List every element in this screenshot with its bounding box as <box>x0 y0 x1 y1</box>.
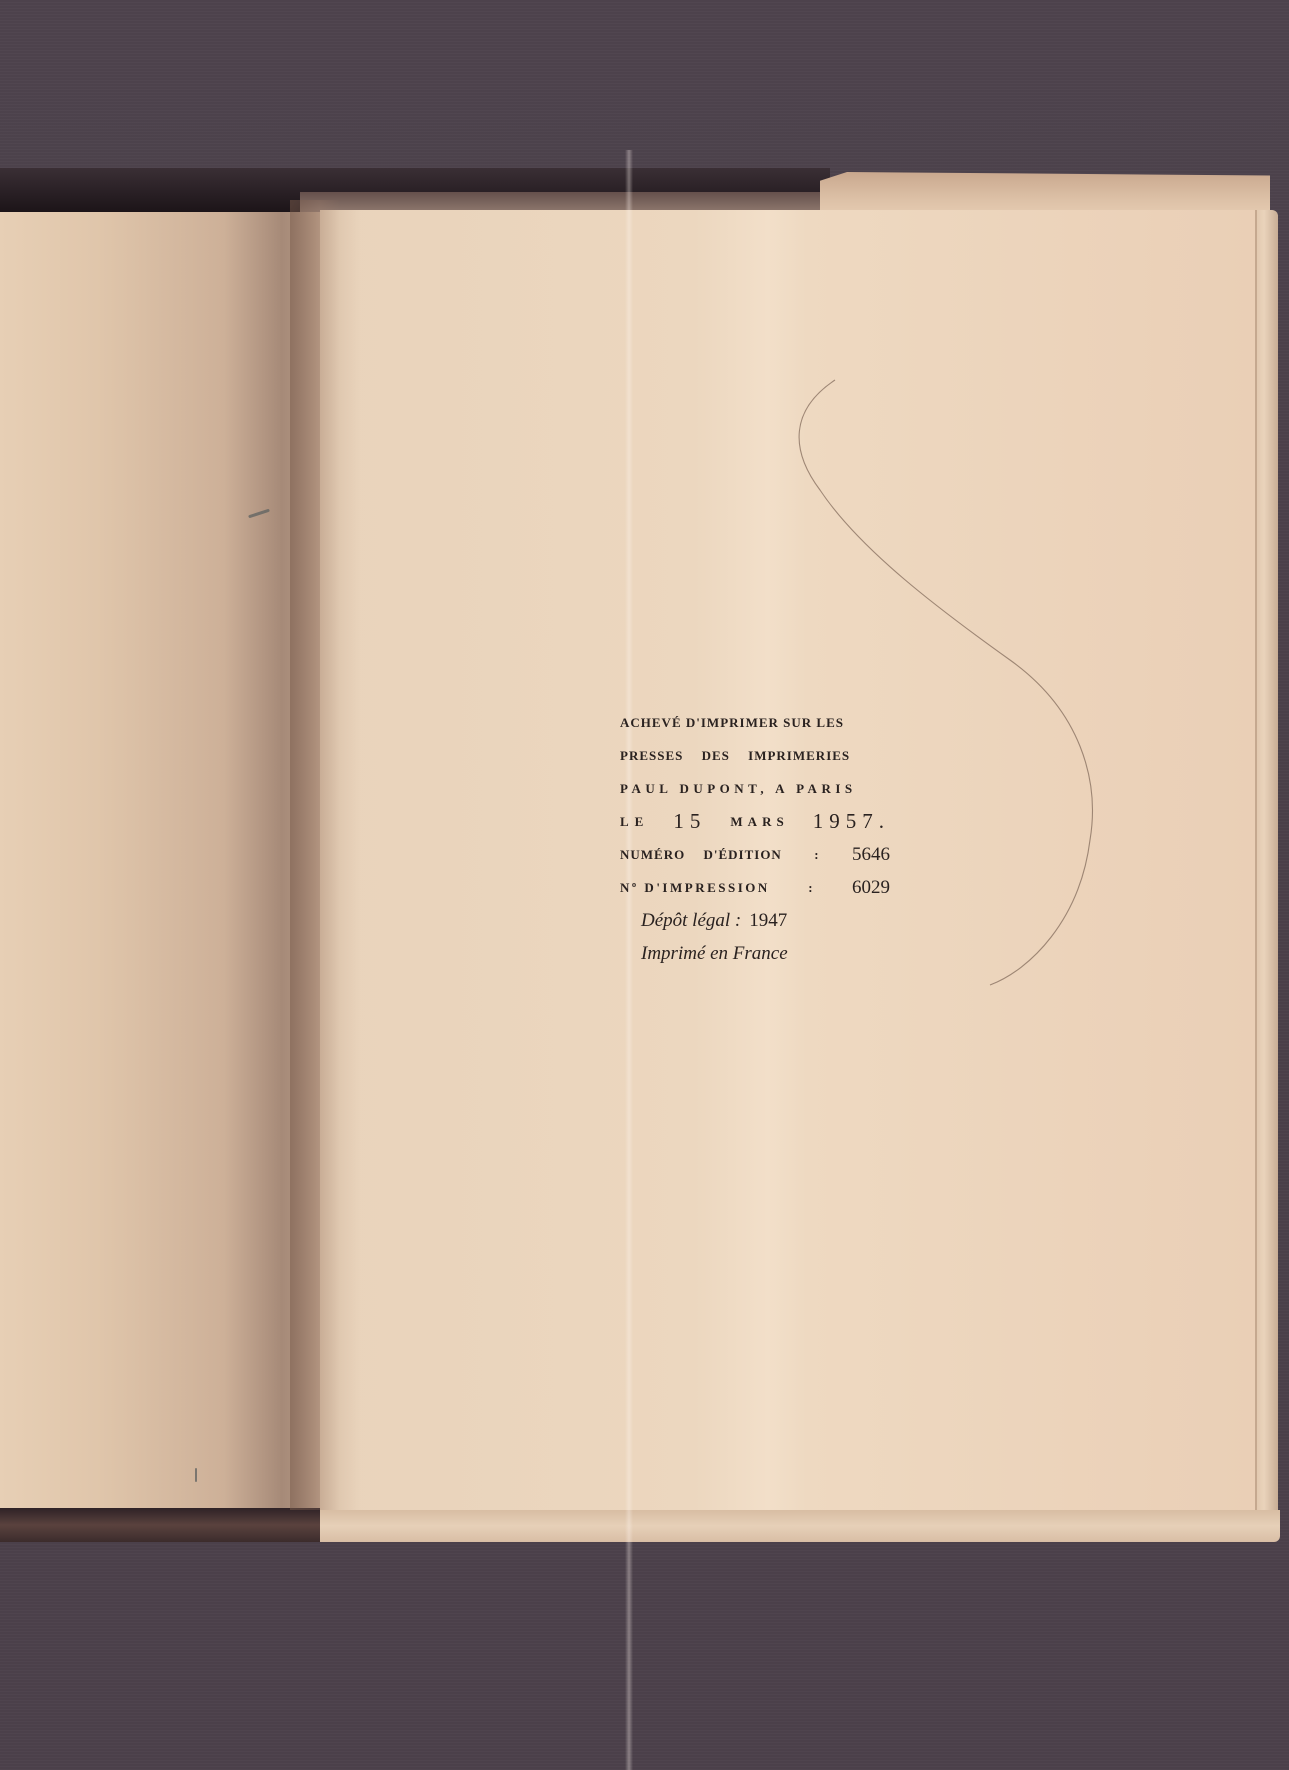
cover-edge-strip <box>300 192 830 212</box>
date-day: 15 <box>673 809 706 834</box>
date-prefix: LE <box>620 814 649 830</box>
colophon-text-printer: PAUL DUPONT, A PARIS <box>620 781 857 797</box>
edition-number-line: NUMÉRO D'ÉDITION : 5646 <box>620 838 890 871</box>
colophon-block: ACHEVÉ D'IMPRIMER SUR LES PRESSES DES IM… <box>620 706 890 970</box>
edition-value: 5646 <box>852 844 890 866</box>
printed-in-france-text: Imprimé en France <box>641 943 788 965</box>
impression-number-line: Nº D'IMPRESSION : 6029 <box>620 871 890 904</box>
printed-in-line: Imprimé en France <box>620 937 890 970</box>
colophon-text-presses: PRESSES DES IMPRIMERIES <box>620 748 850 764</box>
edition-label: NUMÉRO D'ÉDITION <box>620 847 782 863</box>
book-gutter-shadow <box>290 200 340 1510</box>
legal-deposit-line: Dépôt légal : 1947 <box>620 904 890 937</box>
colophon-text-achieve: ACHEVÉ D'IMPRIMER SUR LES <box>620 715 844 731</box>
edition-separator: : <box>814 847 819 863</box>
date-year: 1957. <box>813 809 890 834</box>
legal-deposit-label: Dépôt légal : <box>641 910 741 932</box>
impression-label: Nº D'IMPRESSION <box>620 880 770 896</box>
left-page <box>0 212 320 1508</box>
cover-board-bottom-left-shadow <box>0 1508 320 1542</box>
colophon-line-1: ACHEVÉ D'IMPRIMER SUR LES <box>620 706 890 739</box>
date-month: MARS <box>730 814 788 830</box>
colophon-line-3: PAUL DUPONT, A PARIS <box>620 772 890 805</box>
impression-separator: : <box>808 880 813 896</box>
colophon-date-line: LE 15 MARS 1957. <box>620 805 890 838</box>
colophon-line-2: PRESSES DES IMPRIMERIES <box>620 739 890 772</box>
impression-value: 6029 <box>852 877 890 899</box>
legal-deposit-year: 1947 <box>749 910 787 932</box>
ink-mark <box>195 1468 197 1482</box>
